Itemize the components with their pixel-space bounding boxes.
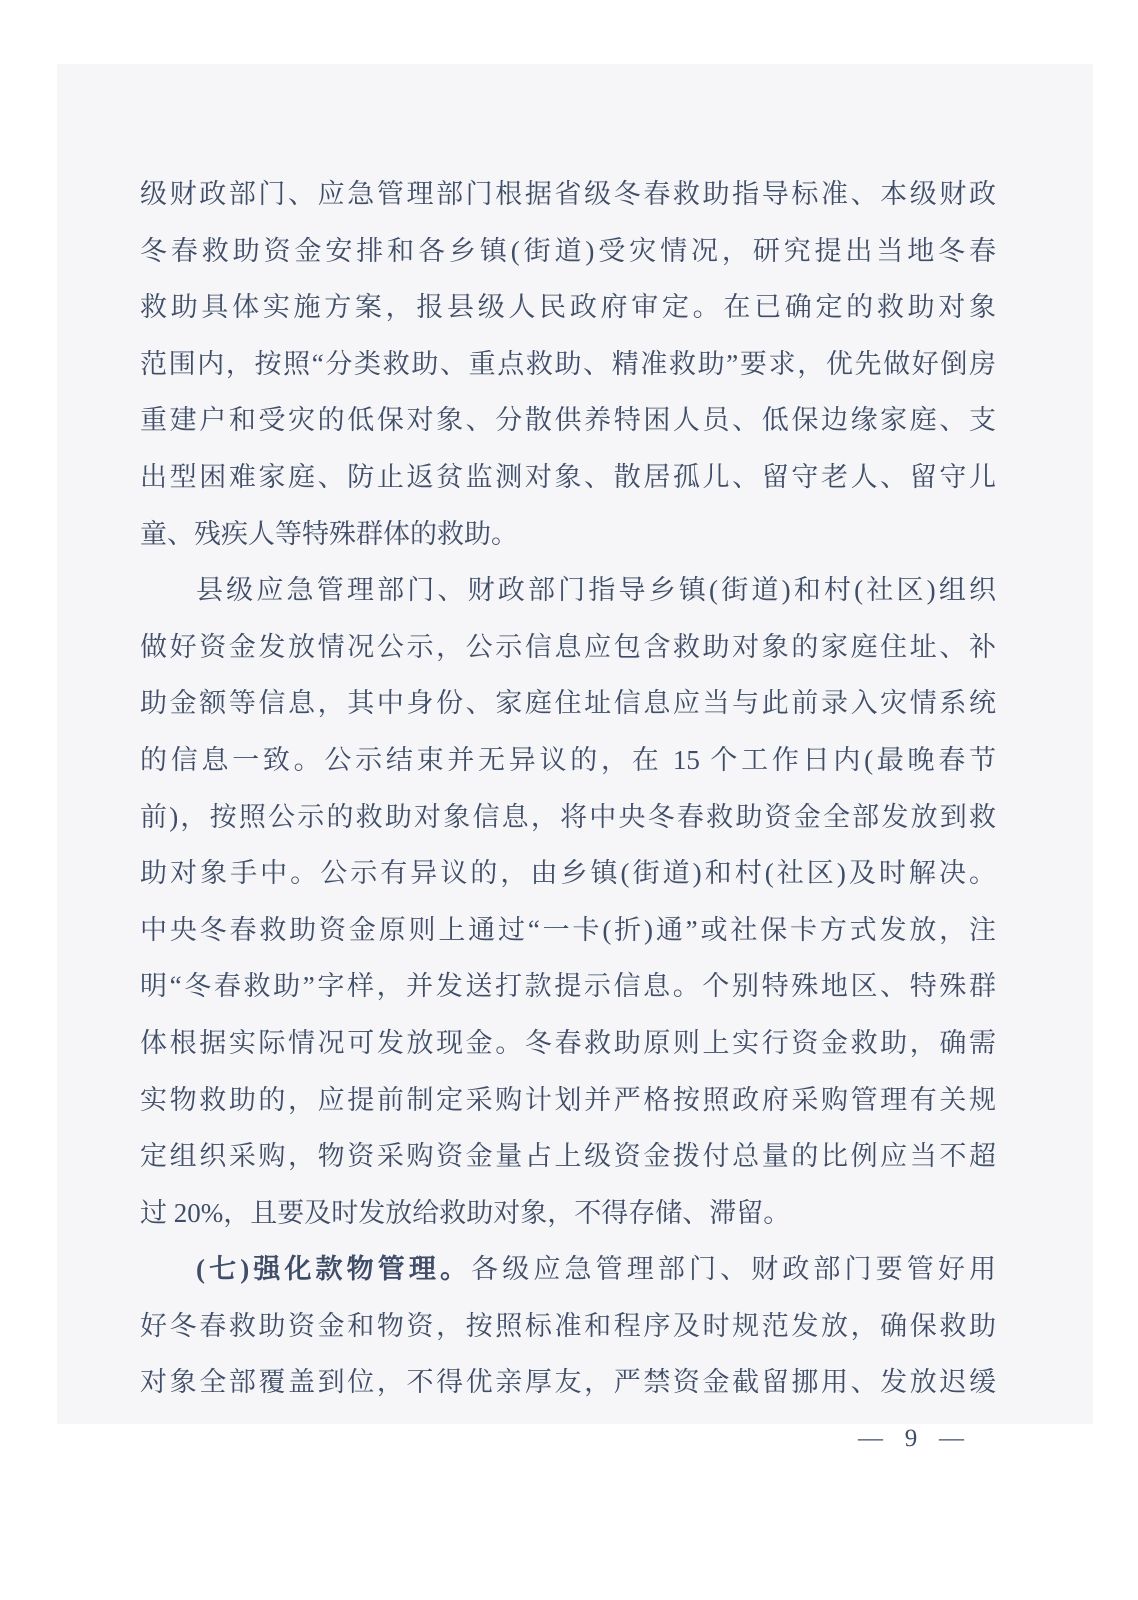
text-line: 的信息一致。公示结束并无异议的，在 15 个工作日内(最晚春节 (140, 732, 996, 789)
page-footer: — 9 — (858, 1424, 964, 1454)
text-line: 救助具体实施方案，报县级人民政府审定。在已确定的救助对象 (140, 279, 996, 336)
text-run: 各级应急管理部门、财政部门要管好用 (471, 1254, 996, 1284)
text-line: 实物救助的，应提前制定采购计划并严格按照政府采购管理有关规 (140, 1072, 996, 1129)
text-line: 前)，按照公示的救助对象信息，将中央冬春救助资金全部发放到救 (140, 789, 996, 846)
text-line-paragraph-start: 县级应急管理部门、财政部门指导乡镇(街道)和村(社区)组织 (140, 562, 996, 619)
text-line: 做好资金发放情况公示，公示信息应包含救助对象的家庭住址、补 (140, 619, 996, 676)
text-line: 定组织采购，物资采购资金量占上级资金拨付总量的比例应当不超 (140, 1128, 996, 1185)
footer-dash-right: — (939, 1424, 964, 1454)
text-line: 中央冬春救助资金原则上通过“一卡(折)通”或社保卡方式发放，注 (140, 902, 996, 959)
text-line: 体根据实际情况可发放现金。冬春救助原则上实行资金救助，确需 (140, 1015, 996, 1072)
text-line: 对象全部覆盖到位，不得优亲厚友，严禁资金截留挪用、发放迟缓 (140, 1354, 996, 1411)
text-line: 范围内，按照“分类救助、重点救助、精准救助”要求，优先做好倒房 (140, 336, 996, 393)
text-line-paragraph-end: 过 20%，且要及时发放给救助对象，不得存储、滞留。 (140, 1185, 996, 1242)
page-number: 9 (905, 1424, 918, 1454)
text-line-paragraph-end: 童、残疾人等特殊群体的救助。 (140, 506, 996, 563)
footer-dash-left: — (858, 1424, 883, 1454)
text-line: 冬春救助资金安排和各乡镇(街道)受灾情况，研究提出当地冬春 (140, 223, 996, 280)
text-line: 好冬春救助资金和物资，按照标准和程序及时规范发放，确保救助 (140, 1298, 996, 1355)
section-heading: (七)强化款物管理。 (196, 1254, 471, 1284)
text-line-section-heading: (七)强化款物管理。各级应急管理部门、财政部门要管好用 (140, 1241, 996, 1298)
text-line: 级财政部门、应急管理部门根据省级冬春救助指导标准、本级财政 (140, 166, 996, 223)
text-line: 助对象手中。公示有异议的，由乡镇(街道)和村(社区)及时解决。 (140, 845, 996, 902)
text-line: 重建户和受灾的低保对象、分散供养特困人员、低保边缘家庭、支 (140, 392, 996, 449)
document-body: 级财政部门、应急管理部门根据省级冬春救助指导标准、本级财政 冬春救助资金安排和各… (140, 166, 996, 1411)
text-line: 明“冬春救助”字样，并发送打款提示信息。个别特殊地区、特殊群 (140, 958, 996, 1015)
text-line: 出型困难家庭、防止返贫监测对象、散居孤儿、留守老人、留守儿 (140, 449, 996, 506)
text-line: 助金额等信息，其中身份、家庭住址信息应当与此前录入灾情系统 (140, 675, 996, 732)
